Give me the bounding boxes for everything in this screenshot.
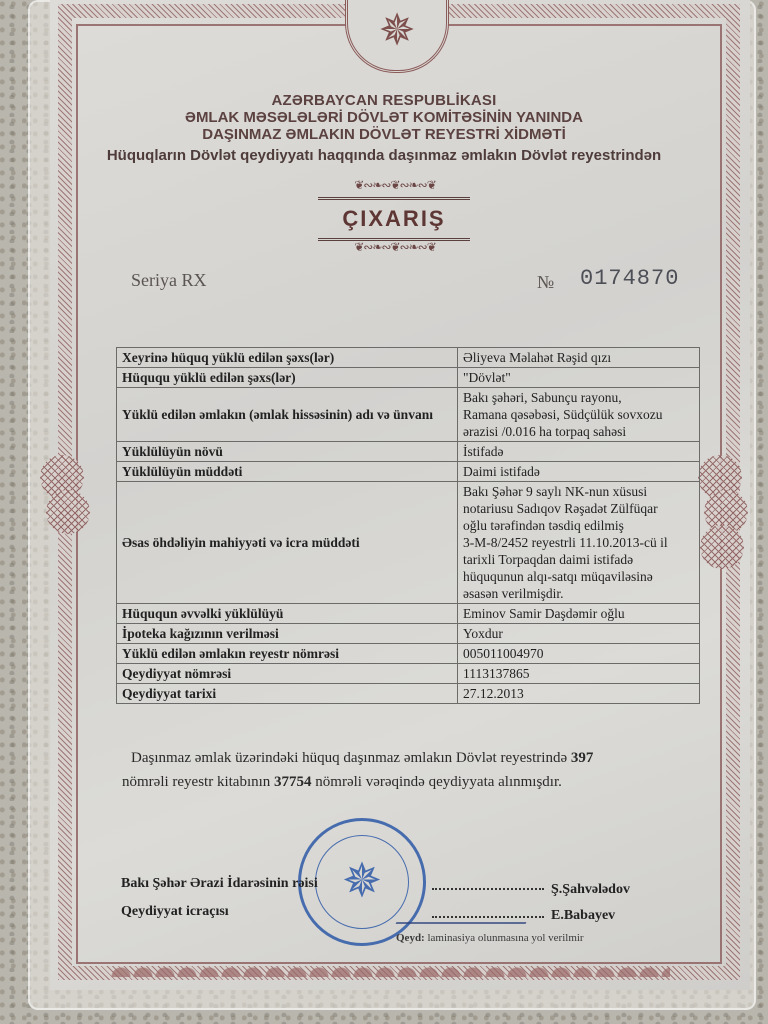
row-label: Yüklülüyün müddəti bbox=[117, 462, 458, 482]
side-ornament-icon bbox=[46, 490, 90, 534]
table-row: Yüklülüyün müddətiDaimi istifadə bbox=[117, 462, 700, 482]
row-value: İstifadə bbox=[458, 442, 700, 462]
row-value-line: notariusu Sadıqov Rəşadət Zülfüqar bbox=[463, 500, 694, 517]
header-country: AZƏRBAYCAN RESPUBLİKASI bbox=[0, 92, 768, 109]
row-value: Daimi istifadə bbox=[458, 462, 700, 482]
ornament-top-icon: ❦∾❧∾❦∾❧∾❦ bbox=[325, 178, 465, 193]
row-value-line: 27.12.2013 bbox=[463, 685, 694, 702]
row-value-line: Bakı Şəhər 9 saylı NK-nun xüsusi bbox=[463, 483, 694, 500]
eight-point-star-icon: ✵ bbox=[379, 9, 416, 53]
document-title: ÇIXARIŞ bbox=[342, 206, 445, 232]
row-value: 27.12.2013 bbox=[458, 684, 700, 704]
signatory-name-1: Ş.Şahvələdov bbox=[551, 882, 630, 898]
row-value: "Dövlət" bbox=[458, 368, 700, 388]
document-number: 0174870 bbox=[580, 266, 679, 291]
row-label: Əsas öhdəliyin mahiyyəti və icra müddəti bbox=[117, 482, 458, 604]
header-committee: ƏMLAK MƏSƏLƏLƏRİ DÖVLƏT KOMİTƏSİNİN YANI… bbox=[0, 109, 768, 126]
document-series: Seriya RX bbox=[131, 270, 207, 291]
side-ornament-icon bbox=[700, 525, 744, 569]
table-row: Qeydiyyat nömrəsi1113137865 bbox=[117, 664, 700, 684]
row-value-line: Bakı şəhəri, Sabunçu rayonu, bbox=[463, 389, 694, 406]
header-service: DAŞINMAZ ƏMLAKIN DÖVLƏT REYESTRİ XİDMƏTİ bbox=[0, 126, 768, 143]
row-value: 1113137865 bbox=[458, 664, 700, 684]
book-number: 397 bbox=[571, 750, 594, 766]
row-value-line: Yoxdur bbox=[463, 625, 694, 642]
row-label: Yüklülüyün növü bbox=[117, 442, 458, 462]
row-value-line: 1113137865 bbox=[463, 665, 694, 682]
table-row: Hüququ yüklü edilən şəxs(lər)"Dövlət" bbox=[117, 368, 700, 388]
row-label: Hüququn əvvəlki yüklülüyü bbox=[117, 604, 458, 624]
row-label: İpoteka kağızının verilməsi bbox=[117, 624, 458, 644]
row-value-line: əsasən verilmişdir. bbox=[463, 585, 694, 602]
row-value: 005011004970 bbox=[458, 644, 700, 664]
table-row: İpoteka kağızının verilməsiYoxdur bbox=[117, 624, 700, 644]
table-row: Yüklü edilən əmlakın (əmlak hissəsinin) … bbox=[117, 388, 700, 442]
row-label: Qeydiyyat nömrəsi bbox=[117, 664, 458, 684]
signatory-role-1: Bakı Şəhər Ərazi İdarəsinin rəisi bbox=[121, 876, 318, 892]
row-label: Qeydiyyat tarixi bbox=[117, 684, 458, 704]
row-value-line: Ramana qəsəbəsi, Südçülük sovxozu bbox=[463, 406, 694, 423]
row-value-line: tarixli Torpaqdan daimi istifadə bbox=[463, 551, 694, 568]
signatory-role-2: Qeydiyyat icraçısı bbox=[121, 904, 229, 920]
row-value-line: 3-M-8/2452 reyestrli 11.10.2013-cü il bbox=[463, 534, 694, 551]
footnote: Qeyd: laminasiya olunmasına yol verilmir bbox=[396, 932, 584, 944]
row-value-line: 005011004970 bbox=[463, 645, 694, 662]
table-row: Yüklülüyün növüİstifadə bbox=[117, 442, 700, 462]
row-value-line: hüququnun alqı-satqı müqaviləsinə bbox=[463, 568, 694, 585]
signature-line-1 bbox=[432, 888, 544, 890]
row-value: Eminov Samir Daşdəmir oğlu bbox=[458, 604, 700, 624]
row-value-line: "Dövlət" bbox=[463, 369, 694, 386]
stamp-star-icon: ✵ bbox=[342, 858, 382, 906]
row-value-line: Eminov Samir Daşdəmir oğlu bbox=[463, 605, 694, 622]
table-row: Xeyrinə hüquq yüklü edilən şəxs(lər)Əliy… bbox=[117, 348, 700, 368]
ornament-bottom-icon: ❦∾❧∾❦∾❧∾❦ bbox=[325, 240, 465, 255]
registry-table: Xeyrinə hüquq yüklü edilən şəxs(lər)Əliy… bbox=[116, 347, 700, 704]
header-subtitle: Hüquqların Dövlət qeydiyyatı haqqında da… bbox=[0, 147, 768, 164]
table-row: Əsas öhdəliyin mahiyyəti və icra müddəti… bbox=[117, 482, 700, 604]
row-label: Yüklü edilən əmlakın (əmlak hissəsinin) … bbox=[117, 388, 458, 442]
signature-line-2 bbox=[432, 916, 544, 918]
signatory-name-2: E.Babayev bbox=[551, 908, 615, 924]
row-value-line: İstifadə bbox=[463, 443, 694, 460]
row-value: Əliyeva Məlahət Rəşid qızı bbox=[458, 348, 700, 368]
table-row: Hüququn əvvəlki yüklülüyüEminov Samir Da… bbox=[117, 604, 700, 624]
title-frame: ÇIXARIŞ bbox=[318, 197, 470, 241]
statement-line-2: nömrəli reyestr kitabının 37754 nömrəli … bbox=[122, 774, 642, 791]
row-value: Bakı şəhəri, Sabunçu rayonu,Ramana qəsəb… bbox=[458, 388, 700, 442]
row-label: Yüklü edilən əmlakın reyestr nömrəsi bbox=[117, 644, 458, 664]
row-value: Yoxdur bbox=[458, 624, 700, 644]
row-value-line: Daimi istifadə bbox=[463, 463, 694, 480]
row-label: Hüququ yüklü edilən şəxs(lər) bbox=[117, 368, 458, 388]
row-label: Xeyrinə hüquq yüklü edilən şəxs(lər) bbox=[117, 348, 458, 368]
row-value-line: Əliyeva Məlahət Rəşid qızı bbox=[463, 349, 694, 366]
row-value: Bakı Şəhər 9 saylı NK-nun xüsusinotarius… bbox=[458, 482, 700, 604]
page-number: 37754 bbox=[274, 774, 312, 790]
row-value-line: oğlu tərəfindən təsdiq edilmiş bbox=[463, 517, 694, 534]
statement-line-1: Daşınmaz əmlak üzərindəki hüquq daşınmaz… bbox=[131, 750, 651, 767]
number-sign: № bbox=[537, 272, 554, 293]
row-value-line: ərazisi /0.016 ha torpaq sahəsi bbox=[463, 423, 694, 440]
bottom-scallop-ornament bbox=[110, 955, 670, 977]
table-row: Yüklü edilən əmlakın reyestr nömrəsi0050… bbox=[117, 644, 700, 664]
table-row: Qeydiyyat tarixi27.12.2013 bbox=[117, 684, 700, 704]
